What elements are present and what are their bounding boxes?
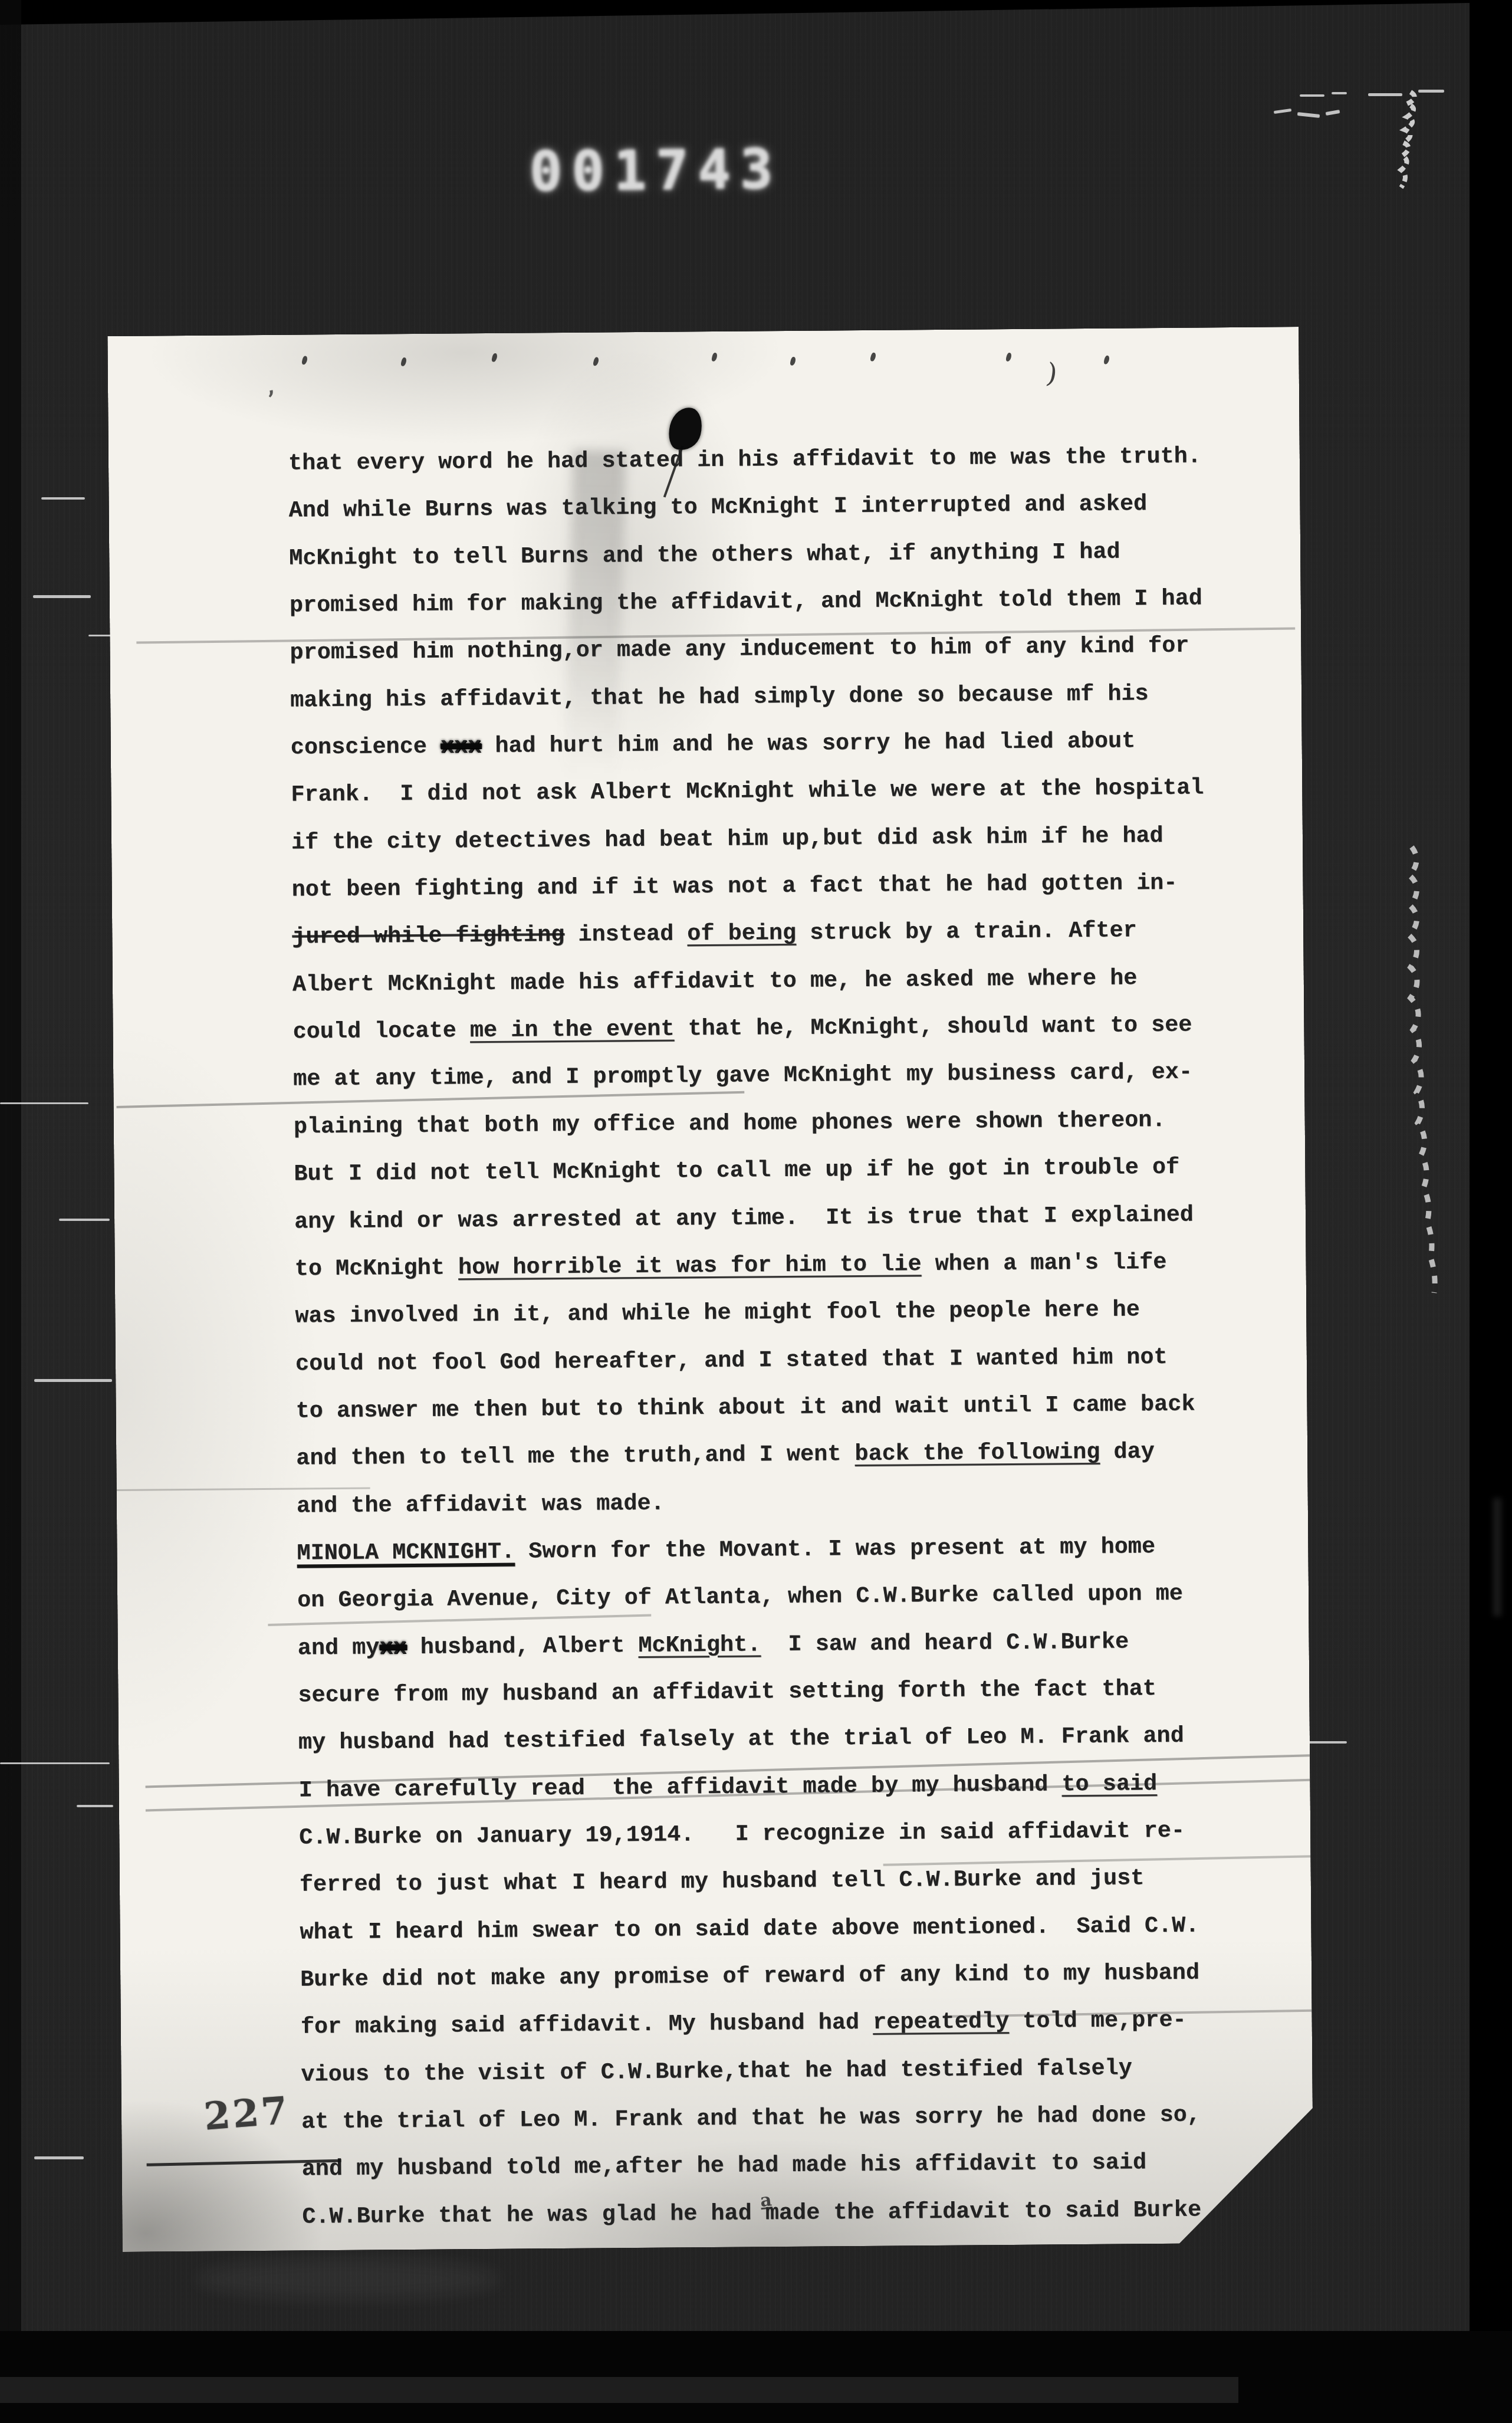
film-scratch-mark: [1399, 842, 1446, 1344]
typed-line: was involved in it, and while he might f…: [295, 1285, 1263, 1340]
margin-dash: [0, 1102, 88, 1104]
typed-line: But I did not tell McKnight to call me u…: [294, 1143, 1261, 1198]
ink-speck: [870, 352, 876, 362]
typed-line: at the trial of Leo M. Frank and that he…: [301, 2091, 1269, 2146]
typed-line: I have carefully read the affidavit made…: [298, 1759, 1266, 1814]
page-number-stamp: 227: [202, 2089, 291, 2139]
margin-dash: [33, 595, 91, 598]
typed-line: secure from my husband an affidavit sett…: [298, 1664, 1266, 1719]
ink-speck: [711, 352, 718, 362]
typed-line: and myxx husband, Albert McKnight. I saw…: [297, 1617, 1265, 1672]
typed-line: And while Burns was talking to McKnight …: [288, 480, 1256, 534]
film-right-edge: [1470, 0, 1512, 2423]
typed-line: me at any time, and I promptly gave McKn…: [293, 1048, 1261, 1103]
film-scratch-mark: [1393, 88, 1434, 195]
pen-tick-mark: ’: [265, 385, 280, 414]
margin-dash: [34, 2156, 84, 2159]
typed-line: and then to tell me the truth,and I went…: [296, 1427, 1264, 1482]
margin-dash: [34, 1379, 112, 1382]
typed-line: Burke did not make any promise of reward…: [300, 1949, 1268, 2004]
typed-line: jured while fighting instead of being st…: [292, 906, 1260, 961]
margin-scribble: [1326, 110, 1340, 116]
typed-text-block: that every word he had stated in his aff…: [288, 432, 1270, 2241]
typed-line: could locate me in the event that he, Mc…: [292, 1001, 1260, 1056]
typed-line: that every word he had stated in his aff…: [288, 432, 1256, 487]
document-page: ) ’ that every word he had stated in his…: [107, 327, 1313, 2252]
margin-scribble: [1297, 112, 1320, 118]
margin-dash: [41, 497, 85, 500]
margin-dash: [1300, 94, 1324, 97]
typed-line: for making said affidavit. My husband ha…: [300, 1996, 1268, 2051]
typed-line: not been fighting and if it was not a fa…: [291, 859, 1259, 914]
margin-scribble: [1274, 109, 1291, 114]
margin-dash: [1332, 92, 1347, 94]
ink-speck: [491, 353, 498, 362]
typed-line: and the affidavit was made.: [297, 1475, 1264, 1529]
typed-line: making his affidavit, that he had simply…: [290, 669, 1258, 724]
typed-line: Frank. I did not ask Albert McKnight whi…: [291, 764, 1258, 819]
frame-number-stamp: 001743: [529, 138, 782, 203]
typed-line: if the city detectives had beat him up,b…: [291, 811, 1259, 866]
typed-line: any kind or was arrested at any time. It…: [294, 1190, 1262, 1245]
film-smudge: [195, 2258, 501, 2300]
typed-line: vious to the visit of C.W.Burke,that he …: [301, 2043, 1268, 2098]
typed-line: Albert McKnight made his affidavit to me…: [292, 953, 1260, 1008]
ink-speck: [790, 356, 796, 366]
film-faint-streak: [1493, 1498, 1501, 1616]
typed-line: to McKnight how horrible it was for him …: [294, 1238, 1262, 1293]
margin-dash: [1308, 1741, 1347, 1744]
ink-speck: [1103, 355, 1110, 365]
ink-speck: [301, 356, 308, 365]
typed-line: to answer me then but to think about it …: [295, 1380, 1263, 1435]
ink-speck: [1005, 352, 1012, 362]
typed-line: on Georgia Avenue, City of Atlanta, when…: [297, 1570, 1265, 1624]
pen-paren-mark: ): [1044, 356, 1060, 389]
typed-line: plaining that both my office and home ph…: [293, 1095, 1261, 1150]
typed-line: C.W.Burke on January 19,1914. I recogniz…: [299, 1807, 1267, 1861]
typed-line: ferred to just what I heard my husband t…: [300, 1854, 1267, 1909]
typed-line: conscience xxx had hurt him and he was s…: [290, 717, 1258, 771]
typed-line: my husband had testified falsely at the …: [298, 1712, 1266, 1767]
typed-line: could not fool God hereafter, and I stat…: [295, 1332, 1263, 1387]
typed-line: what I heard him swear to on said date a…: [300, 1901, 1267, 1956]
typed-line: promised him nothing,or made any inducem…: [290, 622, 1257, 677]
margin-dash: [59, 1219, 110, 1221]
typed-line: C.W.Burke that he was glad he had made t…: [302, 2185, 1270, 2240]
margin-dash: [0, 1762, 110, 1764]
typed-line: MINOLA MCKNIGHT. Sworn for the Movant. I…: [297, 1522, 1264, 1577]
film-bottom-streak: [0, 2377, 1238, 2403]
film-top-edge: [0, 0, 1512, 35]
film-left-edge: [0, 0, 21, 2423]
ink-speck: [400, 357, 407, 366]
stray-pen-mark: a: [759, 2189, 773, 2211]
typed-line: McKnight to tell Burns and the others wh…: [289, 527, 1257, 582]
typed-line: and my husband told me,after he had made…: [301, 2138, 1269, 2193]
margin-dash: [77, 1805, 113, 1807]
ink-speck: [593, 357, 599, 366]
typed-line: promised him for making the affidavit, a…: [290, 574, 1257, 629]
microfilm-frame: 001743 ) ’: [0, 0, 1512, 2423]
